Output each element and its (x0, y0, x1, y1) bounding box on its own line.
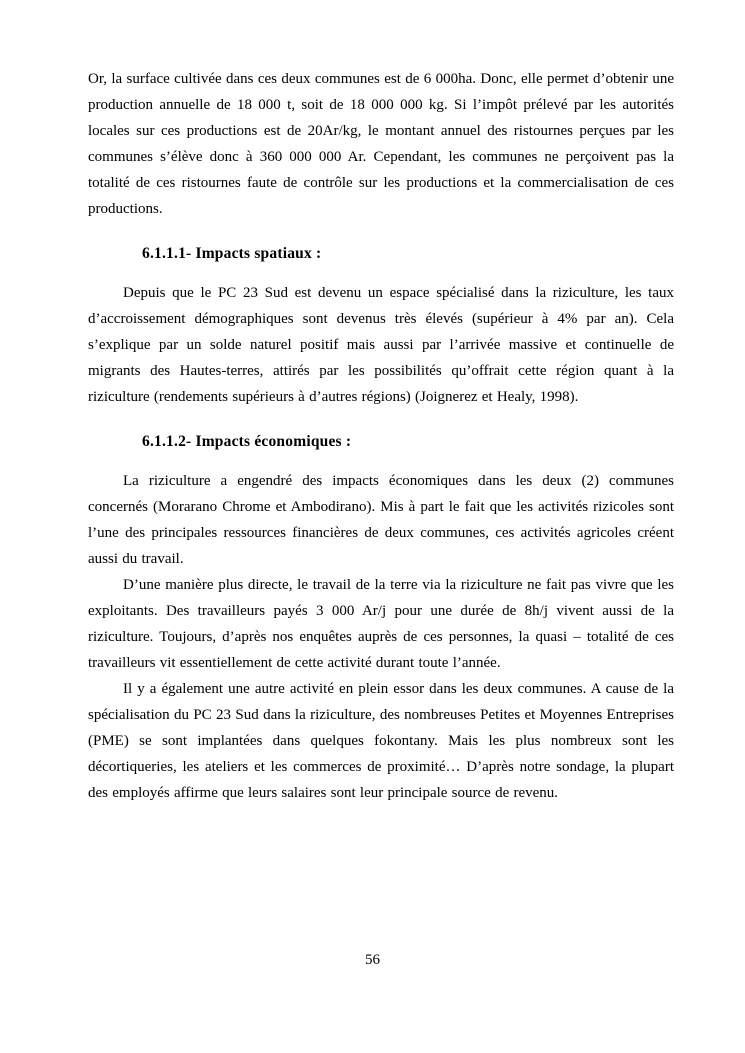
intro-paragraph: Or, la surface cultivée dans ces deux co… (88, 66, 674, 222)
paragraph-impacts-economiques-3: Il y a également une autre activité en p… (88, 676, 674, 806)
paragraph-impacts-economiques-2: D’une manière plus directe, le travail d… (88, 572, 674, 676)
section-heading-impacts-spatiaux: 6.1.1.1- Impacts spatiaux : (142, 241, 674, 267)
page-number: 56 (0, 950, 745, 970)
section-heading-impacts-economiques: 6.1.1.2- Impacts économiques : (142, 429, 674, 455)
document-page: Or, la surface cultivée dans ces deux co… (0, 0, 745, 1053)
paragraph-impacts-economiques-1: La riziculture a engendré des impacts éc… (88, 468, 674, 572)
text-block: Or, la surface cultivée dans ces deux co… (88, 66, 674, 806)
paragraph-impacts-spatiaux: Depuis que le PC 23 Sud est devenu un es… (88, 280, 674, 410)
